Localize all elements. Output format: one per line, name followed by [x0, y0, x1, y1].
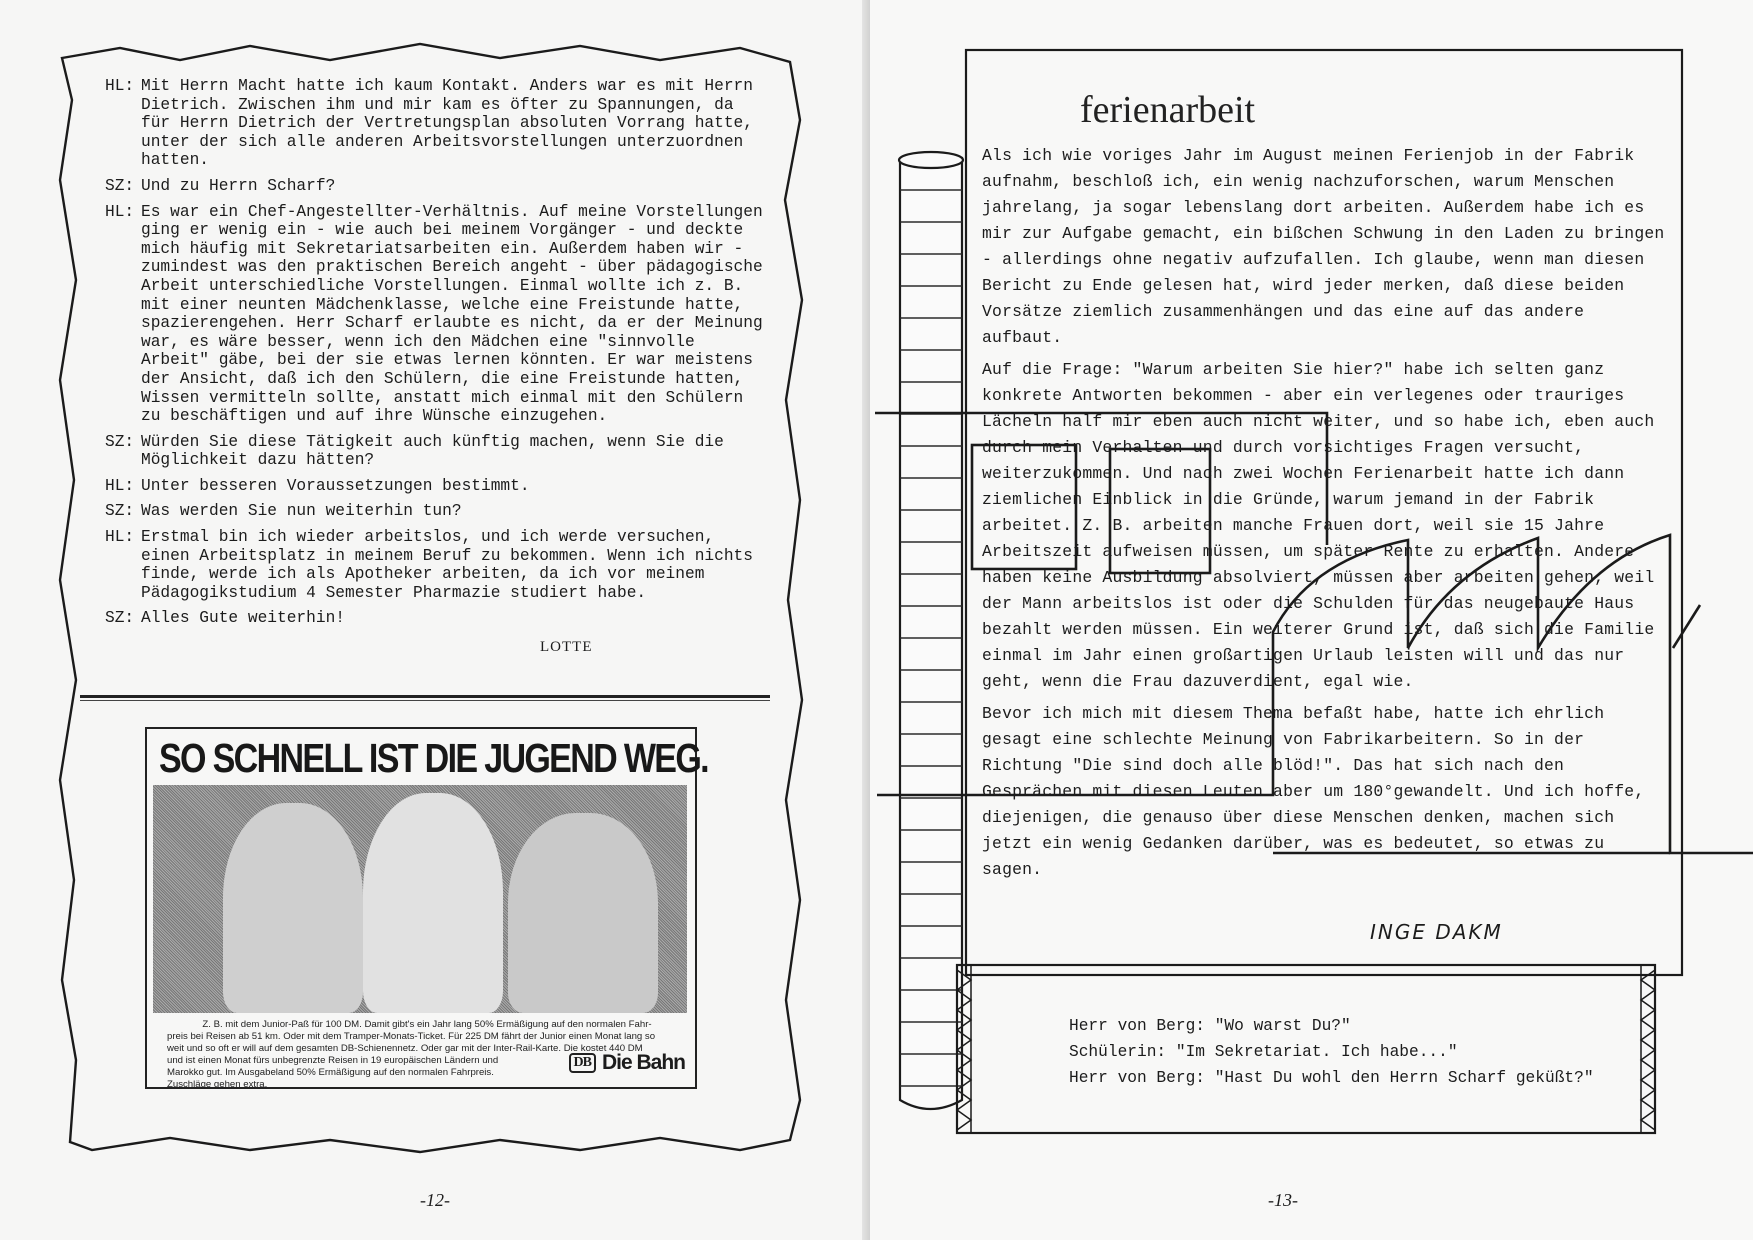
ad-caption-line: Zuschläge gehen extra.	[167, 1079, 527, 1091]
author-signature-inge: INGE DAKM	[1370, 920, 1503, 944]
speaker-text: Erstmal bin ich wieder arbeitslos, und i…	[141, 528, 765, 602]
speaker-text: Alles Gute weiterhin!	[141, 609, 765, 628]
article-paragraph: Als ich wie voriges Jahr im August meine…	[982, 143, 1672, 351]
page-number-right: -13-	[1268, 1190, 1298, 1211]
speaker-label: HL:	[105, 528, 141, 602]
dialogue-line: Schülerin: "Im Sekretariat. Ich habe..."	[1069, 1039, 1594, 1065]
article-paragraph: Bevor ich mich mit diesem Thema befaßt h…	[982, 701, 1672, 883]
die-bahn-brand: DB Die Bahn	[569, 1051, 685, 1075]
speaker-label: SZ:	[105, 609, 141, 628]
interview-transcript: HL:Mit Herrn Macht hatte ich kaum Kontak…	[105, 77, 765, 635]
speaker-text: Und zu Herrn Scharf?	[141, 177, 765, 196]
left-page: HL:Mit Herrn Macht hatte ich kaum Kontak…	[0, 0, 870, 1240]
interview-entry: SZ:Was werden Sie nun weiterhin tun?	[105, 502, 765, 521]
speaker-label: HL:	[105, 477, 141, 496]
speaker-text: Es war ein Chef-Angestellter-Verhältnis.…	[141, 203, 765, 426]
interview-entry: HL:Erstmal bin ich wieder arbeitslos, un…	[105, 528, 765, 602]
db-logo-icon: DB	[569, 1053, 596, 1073]
speaker-text: Was werden Sie nun weiterhin tun?	[141, 502, 765, 521]
speaker-label: HL:	[105, 77, 141, 170]
dialogue-box: Herr von Berg: "Wo warst Du?"Schülerin: …	[1069, 1013, 1594, 1091]
article-paragraph: Auf die Frage: "Warum arbeiten Sie hier?…	[982, 357, 1672, 695]
ad-caption-line: Marokko gut. Im Ausgabeland 50% Ermäßigu…	[167, 1067, 527, 1079]
speaker-text: Unter besseren Voraussetzungen bestimmt.	[141, 477, 765, 496]
dialogue-line: Herr von Berg: "Wo warst Du?"	[1069, 1013, 1594, 1039]
speaker-label: SZ:	[105, 502, 141, 521]
brand-name: Die Bahn	[602, 1051, 685, 1075]
dialogue-line: Herr von Berg: "Hast Du wohl den Herrn S…	[1069, 1065, 1594, 1091]
interview-entry: HL:Es war ein Chef-Angestellter-Verhältn…	[105, 203, 765, 426]
page-number-left: -12-	[420, 1190, 450, 1211]
speaker-label: HL:	[105, 203, 141, 426]
ad-caption-line: preis bei Reisen ab 51 km. Oder mit dem …	[167, 1031, 687, 1043]
interview-entry: HL:Mit Herrn Macht hatte ich kaum Kontak…	[105, 77, 765, 170]
interview-entry: SZ:Würden Sie diese Tätigkeit auch künft…	[105, 433, 765, 470]
interview-entry: SZ:Alles Gute weiterhin!	[105, 609, 765, 628]
section-divider-thin	[80, 700, 770, 701]
article-title: ferienarbeit	[1080, 88, 1255, 132]
author-signature: LOTTE	[540, 639, 592, 656]
speaker-label: SZ:	[105, 177, 141, 196]
ad-caption-line: und ist einen Monat fürs unbegrenzte Rei…	[167, 1055, 527, 1067]
speaker-text: Würden Sie diese Tätigkeit auch künftig …	[141, 433, 765, 470]
article-body: Als ich wie voriges Jahr im August meine…	[982, 143, 1672, 889]
interview-entry: SZ:Und zu Herrn Scharf?	[105, 177, 765, 196]
section-divider	[80, 695, 770, 698]
interview-entry: HL:Unter besseren Voraussetzungen bestim…	[105, 477, 765, 496]
speaker-text: Mit Herrn Macht hatte ich kaum Kontakt. …	[141, 77, 765, 170]
ad-caption-line: Z. B. mit dem Junior-Paß für 100 DM. Dam…	[167, 1019, 687, 1031]
db-advertisement: SO SCHNELL IST DIE JUGEND WEG. Z. B. mit…	[145, 727, 697, 1089]
ad-photo-three-youths	[153, 785, 687, 1013]
ad-headline: SO SCHNELL IST DIE JUGEND WEG.	[159, 735, 708, 782]
speaker-label: SZ:	[105, 433, 141, 470]
